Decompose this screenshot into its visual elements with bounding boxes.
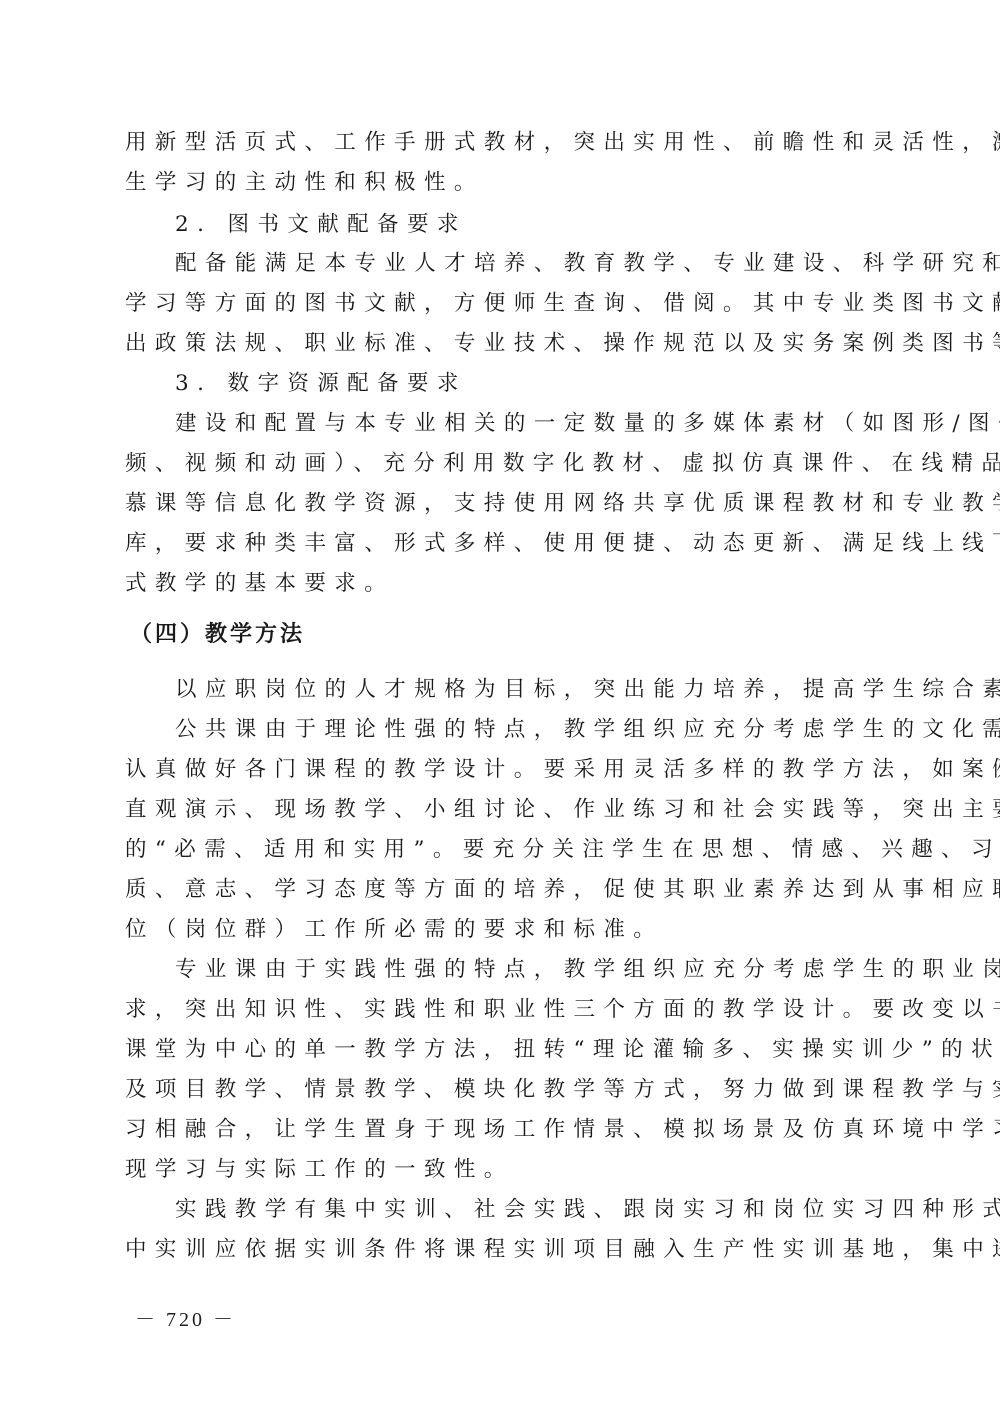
text-line: 式教学的基本要求。: [125, 564, 885, 604]
text-line: 课堂为中心的单一教学方法，扭转“理论灌输多、实操实训少”的状况，普: [125, 1030, 885, 1070]
text-line: 习相融合，让学生置身于现场工作情景、模拟场景及仿真环境中学习，体: [125, 1110, 885, 1150]
section-heading-teaching-methods: （四）教学方法: [130, 615, 890, 655]
text-line: 库，要求种类丰富、形式多样、使用便捷、动态更新、满足线上线下混合: [125, 524, 885, 564]
text-line: 3. 数字资源配备要求: [175, 364, 935, 404]
text-line: 求，突出知识性、实践性和职业性三个方面的教学设计。要改变以书本、: [125, 990, 885, 1030]
text-line: 及项目教学、情景教学、模块化教学等方式，努力做到课程教学与实训实: [125, 1070, 885, 1110]
text-line: 专业课由于实践性强的特点，教学组织应充分考虑学生的职业岗位需: [175, 950, 935, 990]
text-line: 建设和配置与本专业相关的一定数量的多媒体素材（如图形/图像、音: [175, 404, 935, 444]
text-line: 慕课等信息化教学资源，支持使用网络共享优质课程教材和专业教学资源: [125, 484, 885, 524]
text-line: 位（岗位群）工作所必需的要求和标准。: [125, 910, 885, 950]
text-line: 用新型活页式、工作手册式教材，突出实用性、前瞻性和灵活性，激发学: [125, 123, 885, 163]
document-page: 用新型活页式、工作手册式教材，突出实用性、前瞻性和灵活性，激发学生学习的主动性和…: [0, 0, 1000, 1414]
text-line: 质、意志、学习态度等方面的培养，促使其职业素养达到从事相应职业岗: [125, 870, 885, 910]
text-line: 配备能满足本专业人才培养、教育教学、专业建设、科学研究和学生: [175, 244, 935, 284]
text-line: 直观演示、现场教学、小组讨论、作业练习和社会实践等，突出主要内容: [125, 790, 885, 830]
text-line: 频、视频和动画）、充分利用数字化教材、虚拟仿真课件、在线精品课程、: [125, 444, 885, 484]
text-line: 中实训应依据实训条件将课程实训项目融入生产性实训基地，集中进行强: [125, 1230, 885, 1270]
text-line: 实践教学有集中实训、社会实践、跟岗实习和岗位实习四种形式。集: [175, 1190, 935, 1230]
text-line: 生学习的主动性和积极性。: [125, 163, 885, 203]
text-line: 认真做好各门课程的教学设计。要采用灵活多样的教学方法，如案例分析、: [125, 750, 885, 790]
text-line: 公共课由于理论性强的特点，教学组织应充分考虑学生的文化需求，: [175, 710, 935, 750]
text-line: 学习等方面的图书文献，方便师生查询、借阅。其中专业类图书文献应突: [125, 284, 885, 324]
page-number: － 720 －: [135, 1303, 236, 1332]
text-line: 现学习与实际工作的一致性。: [125, 1150, 885, 1190]
text-line: 出政策法规、职业标准、专业技术、操作规范以及实务案例类图书等。: [125, 324, 885, 364]
text-line: 的“必需、适用和实用”。要充分关注学生在思想、情感、兴趣、习惯、品: [125, 830, 885, 870]
text-line: 以应职岗位的人才规格为目标，突出能力培养，提高学生综合素质。: [175, 670, 935, 710]
text-line: 2. 图书文献配备要求: [175, 205, 935, 245]
